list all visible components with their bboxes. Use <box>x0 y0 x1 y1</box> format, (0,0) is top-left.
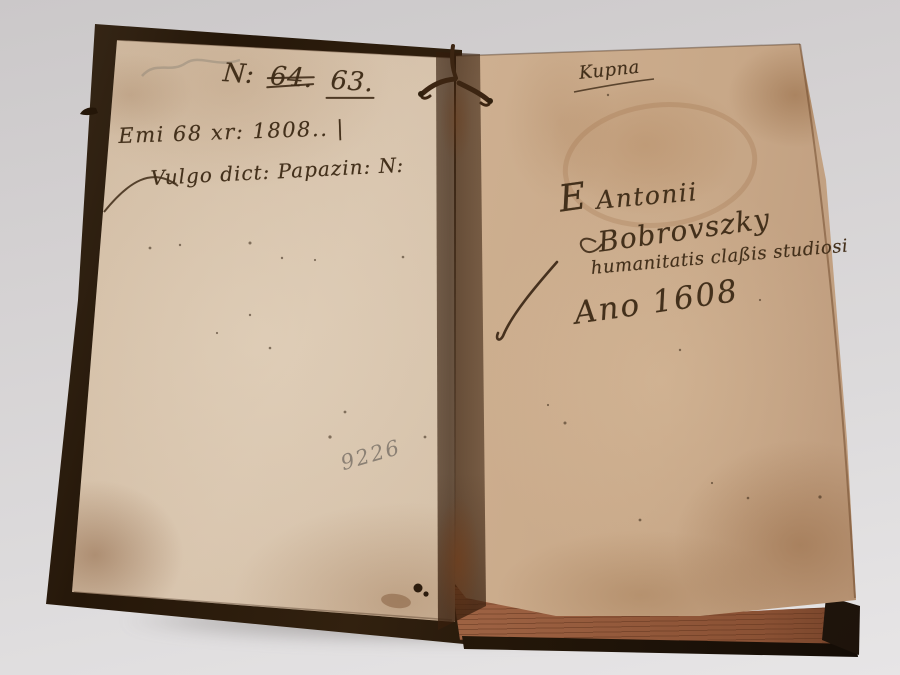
ownership-initial: E <box>556 174 589 220</box>
shelf-mark-new-number: 63. <box>330 66 375 99</box>
photo-scene: N: 64. 63. Emi 68 xr: 1808.. | Vulgo dic… <box>0 0 900 675</box>
shelf-mark-old-number: 64. <box>269 61 314 94</box>
shelf-mark-prefix: N: <box>222 58 256 90</box>
